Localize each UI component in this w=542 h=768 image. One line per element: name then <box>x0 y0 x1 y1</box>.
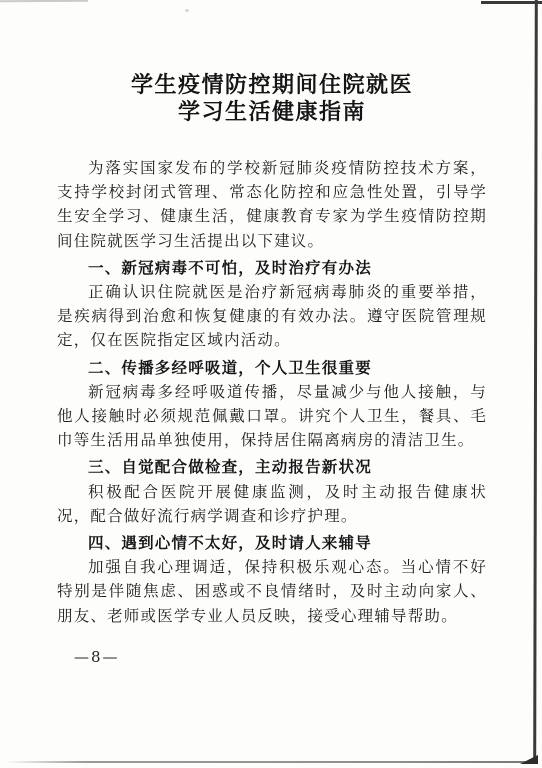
intro-paragraph: 为落实国家发布的学校新冠肺炎疫情防控技术方案，支持学校封闭式管理、常态化防控和应… <box>57 156 487 253</box>
section-1-heading: 一、新冠病毒不可怕，及时治疗有办法 <box>57 256 487 280</box>
scanned-document-page: 学生疫情防控期间住院就医 学习生活健康指南 为落实国家发布的学校新冠肺炎疫情防控… <box>0 0 542 768</box>
section-4-body: 加强自我心理调适，保持积极乐观心态。当心情不好特别是伴随焦虑、困惑或不良情绪时，… <box>57 555 487 628</box>
scan-artifact-dot <box>185 9 189 12</box>
scan-artifact-right-edge-line <box>533 0 537 764</box>
section-3-heading: 三、自觉配合做检查，主动报告新状况 <box>57 455 487 479</box>
document-title-line-2: 学习生活健康指南 <box>57 99 487 126</box>
document-content: 学生疫情防控期间住院就医 学习生活健康指南 为落实国家发布的学校新冠肺炎疫情防控… <box>57 0 487 628</box>
section-1-body: 正确认识住院就医是治疗新冠病毒肺炎的重要举措，是疾病得到治愈和恢复健康的有效办法… <box>57 280 487 353</box>
section-2-heading: 二、传播多经呼吸道，个人卫生很重要 <box>57 356 487 380</box>
section-2-body: 新冠病毒多经呼吸道传播，尽量减少与他人接触，与他人接触时必须规范佩戴口罩。讲究个… <box>57 380 487 453</box>
document-title: 学生疫情防控期间住院就医 学习生活健康指南 <box>57 72 487 126</box>
scan-artifact-bottom-shadow <box>6 761 530 763</box>
section-4-heading: 四、遇到心情不太好，及时请人来辅导 <box>57 531 487 555</box>
section-3-body: 积极配合医院开展健康监测，及时主动报告健康状况，配合做好流行病学调查和诊疗护理。 <box>57 480 487 528</box>
scan-artifact-top-right-line <box>481 1 542 4</box>
document-title-line-1: 学生疫情防控期间住院就医 <box>57 72 487 99</box>
page-number: —8— <box>74 648 120 666</box>
